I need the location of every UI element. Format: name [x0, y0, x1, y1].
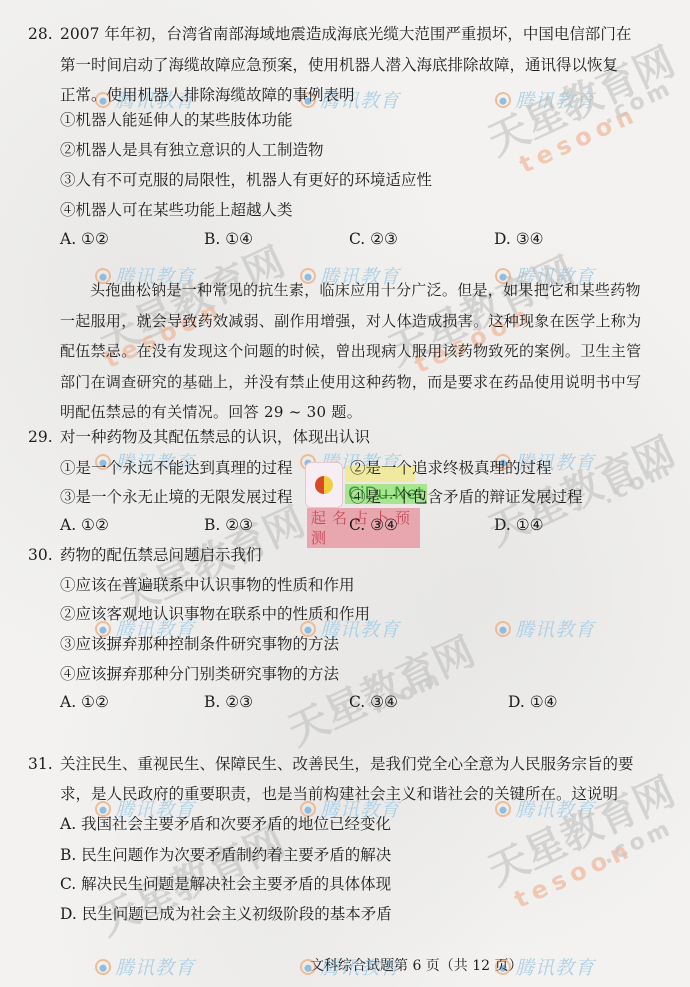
- statement: ②机器人是具有独立意识的人工制造物: [60, 140, 324, 160]
- choice-b[interactable]: B. ②③: [204, 515, 253, 535]
- watermark-tencent: 腾讯教育: [495, 615, 595, 642]
- question-stem-line: 对一种药物及其配伍禁忌的认识，体现出认识: [60, 427, 370, 447]
- question-stem-line: 正常。使用机器人排除海缆故障的事例表明: [60, 85, 355, 105]
- watermark-tesoon: tesoon: [515, 99, 643, 179]
- choice-a[interactable]: A. ①②: [60, 229, 109, 249]
- tencent-logo-icon: [495, 621, 511, 637]
- statement: ①机器人能延伸人的某些肢体功能: [60, 110, 293, 130]
- question-stem-line: 关注民生、重视民生、保障民生、改善民生，是我们党全心全意为人民服务宗旨的要: [60, 754, 634, 774]
- choice-d[interactable]: D. ①④: [508, 692, 558, 712]
- yin-yang-icon: [315, 476, 333, 494]
- watermark-com: .com: [598, 75, 677, 130]
- choice-d[interactable]: D. 民生问题已成为社会主义初级阶段的基本矛盾: [60, 904, 392, 924]
- choice-a[interactable]: A. 我国社会主要矛盾和次要矛盾的地位已经变化: [60, 814, 391, 834]
- question-number: 31.: [28, 754, 53, 774]
- choice-c[interactable]: C. ③④: [349, 515, 398, 535]
- watermark-com: .com: [598, 455, 677, 510]
- statement: ④机器人可在某些功能上超越人类: [60, 200, 293, 220]
- choice-a[interactable]: A. ①②: [60, 515, 109, 535]
- statement: ②是一个追求终极真理的过程: [350, 458, 552, 478]
- choice-c[interactable]: C. ③④: [349, 692, 398, 712]
- watermark-tencent: 腾讯教育: [495, 86, 595, 113]
- passage-line: 配伍禁忌。在没有发现这个问题的时候，曾出现病人服用该药物致死的案例。卫生主管: [60, 341, 641, 361]
- question-stem-line: 2007 年年初，台湾省南部海域地震造成海底光缆大范围严重损坏，中国电信部门在: [60, 24, 631, 44]
- statement: ④应该摒弃那种分门别类研究事物的方法: [60, 664, 339, 684]
- watermark-tianxing: 天星教育网: [477, 760, 682, 896]
- choice-b[interactable]: B. ①④: [204, 229, 253, 249]
- choice-a[interactable]: A. ①②: [60, 692, 109, 712]
- statement: ①应该在普遍联系中认识事物的性质和作用: [60, 575, 355, 595]
- choice-b[interactable]: B. ②③: [204, 692, 253, 712]
- bagua-icon: [305, 462, 343, 508]
- choice-c[interactable]: C. ②③: [349, 229, 398, 249]
- page-footer: 文科综合试题第 6 页（共 12 页）: [310, 955, 523, 975]
- statement: ①是一个永远不能达到真理的过程: [60, 458, 293, 478]
- watermark-tesoon: tesoon: [100, 294, 228, 374]
- question-stem-line: 求，是人民政府的重要职责，也是当前构建社会主义和谐社会的关键所在。这说明: [60, 784, 618, 804]
- question-stem-line: 药物的配伍禁忌问题启示我们: [60, 545, 262, 565]
- passage-line: 头孢曲松钠是一种常见的抗生素，临床应用十分广泛。但是，如果把它和某些药物: [90, 280, 641, 300]
- watermark-tianxing: 天星教育网: [477, 30, 682, 166]
- exam-page: 腾讯教育 腾讯教育 腾讯教育 腾讯教育 腾讯教育 腾讯教育 腾讯教育 腾讯教育 …: [0, 0, 690, 987]
- choice-c[interactable]: C. 解决民生问题是解决社会主要矛盾的具体体现: [60, 874, 391, 894]
- statement: ②应该客观地认识事物在联系中的性质和作用: [60, 604, 370, 624]
- choice-b[interactable]: B. 民生问题作为次要矛盾制约着主要矛盾的解决: [60, 845, 391, 865]
- passage-line: 部门在调查研究的基础上，并没有禁止使用这种药物，而是要求在药品使用说明书中写: [60, 372, 641, 392]
- passage-line: 一起服用，就会导致药效减弱、副作用增强，对人体造成损害。这种现象在医学上称为: [60, 311, 641, 331]
- statement: ③应该摒弃那种控制条件研究事物的方法: [60, 634, 339, 654]
- question-stem-line: 第一时间启动了海缆故障应急预案，使用机器人潜入海底排除故障，通讯得以恢复: [60, 55, 618, 75]
- question-number: 28.: [28, 24, 53, 44]
- statement: ③是一个永无止境的无限发展过程: [60, 487, 293, 507]
- tencent-logo-icon: [495, 92, 511, 108]
- statement: ③人有不可克服的局限性，机器人有更好的环境适应性: [60, 170, 432, 190]
- question-number: 30.: [28, 545, 53, 565]
- watermark-tencent: 腾讯教育: [95, 953, 195, 980]
- question-number: 29.: [28, 427, 53, 447]
- passage-line: 明配伍禁忌的有关情况。回答 29 ~ 30 题。: [60, 402, 362, 422]
- choice-d[interactable]: D. ①④: [494, 515, 544, 535]
- tencent-logo-icon: [95, 959, 111, 975]
- watermark-tesoon: tesoon: [510, 834, 638, 914]
- statement: ④是一个包含矛盾的辩证发展过程: [350, 487, 583, 507]
- choice-d[interactable]: D. ③④: [494, 229, 544, 249]
- watermark-com: .com: [598, 815, 677, 870]
